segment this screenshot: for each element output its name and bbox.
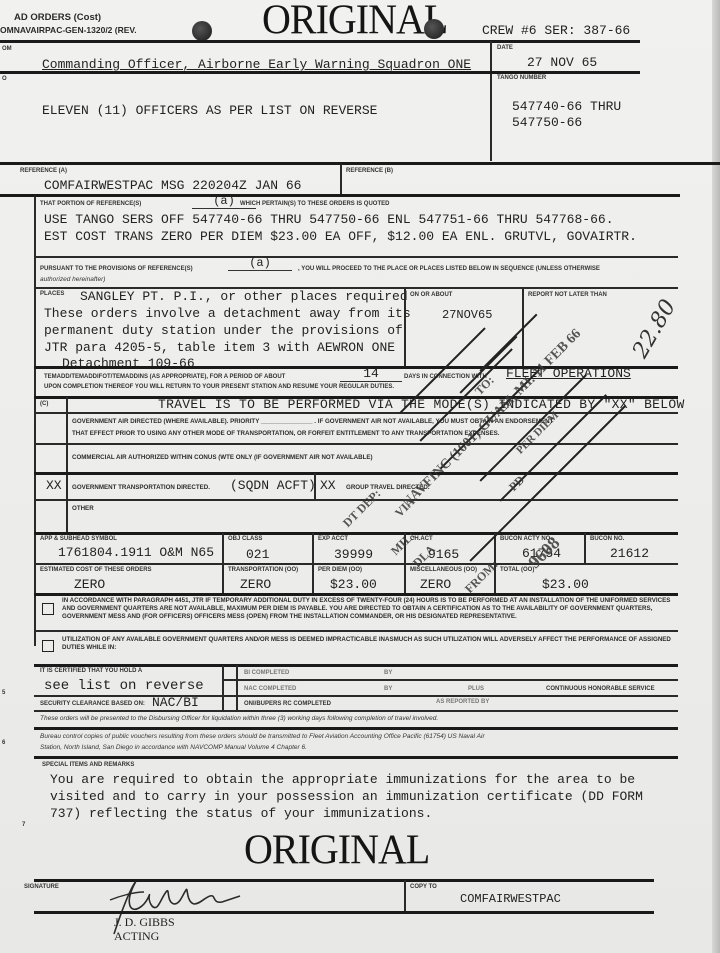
plus-label: PLUS [468,686,484,692]
group-travel-mark: XX [320,478,336,493]
crew-serial: CREW #6 SER: 387-66 [482,23,630,38]
certified-value: see list on reverse [44,678,204,694]
divider [34,710,678,712]
divider [66,397,68,532]
paper-edge [712,0,720,953]
row-number-5: 5 [2,690,5,696]
divider [34,563,678,565]
pursuant-suffix: , YOU WILL PROCEED TO THE PLACE OR PLACE… [298,266,600,272]
obj-class-value: 021 [246,547,269,562]
divider [222,665,224,710]
temadd-line-2: UPON COMPLETION THEREOF YOU WILL RETURN … [44,384,394,390]
travel-heading: TRAVEL IS TO BE PERFORMED VIA THE MODE(S… [158,397,685,412]
divider [222,679,678,681]
signer-title: ACTING [114,930,159,943]
punch-hole-left [192,21,212,41]
places-line-4: JTR para 4205-5, table item 3 with AEWRO… [44,340,395,355]
divider [34,727,678,730]
nac-by-label: BY [384,686,392,692]
transportation-value: ZERO [240,577,271,592]
punch-hole-right [424,19,444,39]
signer-name: J. D. GIBBS [114,916,175,929]
transportation-label: TRANSPORTATION (oo) [228,567,298,573]
obj-class-label: OBJ CLASS [228,536,262,542]
tango-label: TANGO NUMBER [497,75,546,81]
divider [0,40,640,43]
pursuant-suffix-2: authorized hereinafter) [40,275,105,285]
bureau-note-1: Bureau control copies of public vouchers… [40,732,485,742]
divider [490,41,492,161]
divider [404,288,406,366]
gov-trans-mark: XX [46,478,62,493]
quarters-impracticable-checkbox[interactable] [42,640,54,652]
divider [34,695,678,697]
temadd-days: 14 [340,366,402,382]
remarks-line-3: 737) reflecting the status of your immun… [50,806,432,821]
bucon-no-label: BUCON NO. [590,536,624,542]
travel-row-label: (c) [40,401,48,407]
from-label: OM [2,46,12,52]
total-value: $23.00 [542,577,589,592]
divider [34,472,678,475]
reference-a-label: REFERENCE (a) [20,168,67,174]
from-value: Commanding Officer, Airborne Early Warni… [42,57,471,72]
est-cost-value: ZERO [74,577,105,592]
divider [34,911,654,914]
stamp-line [419,348,512,441]
places-line-2: These orders involve a detachment away f… [44,306,411,321]
certified-label: IT IS CERTIFIED THAT YOU HOLD A [40,668,142,674]
quoted-label-prefix: THAT PORTION OF REFERENCE(S) [40,201,141,207]
per-diem-label: PER DIEM (oo) [318,567,362,573]
stamp-line [479,314,537,372]
form-number: OMNAVAIRPAC-GEN-1320/2 (REV. [0,25,137,35]
date-value: 27 NOV 65 [527,55,597,70]
divider [34,756,678,759]
row-number-7: 7 [22,822,25,828]
clearance-value: NAC/BI [152,695,199,710]
exp-acct-value: 39999 [334,547,373,562]
divider [236,665,238,710]
pursuant-ref: (a) [228,256,292,271]
commercial-air: COMMERCIAL AIR AUTHORIZED WITHIN CONUS (… [72,454,373,462]
left-margin-rule [34,196,36,646]
divider [34,664,678,667]
quoted-line-1: USE TANGO SERS OFF 547740-66 THRU 547750… [44,212,614,227]
pursuant-prefix: PURSUANT TO THE PROVISIONS OF REFERENCE(… [40,266,193,272]
bi-completed-label: BI COMPLETED [244,670,289,676]
to-label: O [2,76,7,82]
original-stamp-top: ORIGINAL [262,0,447,44]
oni-bupers-label: ONI/BUPERS RC COMPLETED [244,701,331,707]
nac-completed-label: NAC COMPLETED [244,686,296,692]
remarks-line-2: visited and to carry in your possession … [50,789,643,804]
places-line-3: permanent duty station under the provisi… [44,323,403,338]
copy-to-label: COPY TO [410,884,437,890]
divider [34,443,678,445]
quarters-certification-checkbox[interactable] [42,603,54,615]
bureau-note-2: Station, North Island, San Diego in acco… [40,743,307,753]
report-label: REPORT NOT LATER THAN [528,292,607,298]
bi-by-label: BY [384,670,392,676]
date-label: DATE [497,45,513,51]
places-label: PLACES [40,291,64,297]
quarters-para-2: UTILIZATION OF ANY AVAILABLE GOVERNMENT … [62,636,676,652]
misc-value: ZERO [420,577,451,592]
divider [34,412,678,414]
on-or-about-label: ON OR ABOUT [410,292,452,298]
divider [314,473,316,499]
divider [34,499,678,501]
temadd-prefix: TEMADD/TEMADDIFOT/TEMADDINS (as appropri… [44,374,285,380]
total-label: TOTAL (oo) [500,567,534,573]
divider [34,593,678,596]
est-cost-label: ESTIMATED COST OF THESE ORDERS [40,567,152,573]
to-value: ELEVEN (11) OFFICERS AS PER LIST ON REVE… [42,103,377,118]
reference-b-label: REFERENCE (b) [346,168,393,174]
divider [0,71,640,74]
quoted-line-2: EST COST TRANS ZERO PER DIEM $23.00 EA O… [44,229,637,244]
signature-label: SIGNATURE [24,884,59,890]
reference-a-value: COMFAIRWESTPAC MSG 220204Z JAN 66 [44,178,301,193]
quarters-para-1: IN ACCORDANCE WITH PARAGRAPH 4451, JTR I… [62,597,676,621]
divider [34,630,678,632]
divider [404,880,406,911]
app-label: APP & SUBHEAD SYMBOL [40,536,117,542]
divider [0,162,720,165]
exp-acct-label: EXP ACCT [318,536,348,542]
gov-trans-label: GOVERNMENT TRANSPORTATION DIRECTED. [72,484,210,492]
row-number-6: 6 [2,740,5,746]
remarks-label: SPECIAL ITEMS AND REMARKS [42,762,134,768]
divider [584,533,586,563]
stamp-per-diem: PER DIEM [514,409,561,456]
copy-to-value: COMFAIRWESTPAC [460,892,561,906]
disbursing-note: These orders will be presented to the Di… [40,714,438,724]
continuous-service-label: CONTINUOUS HONORABLE SERVICE [546,686,655,692]
tango-line-2: 547750-66 [512,115,582,130]
divider [34,532,678,535]
divider [34,256,678,258]
remarks-line-1: You are required to obtain the appropria… [50,772,635,787]
per-diem-value: $23.00 [330,577,377,592]
handwritten-amount: 22.80 [628,295,681,362]
quoted-label-suffix: WHICH PERTAIN(S) TO THESE ORDERS IS QUOT… [240,201,389,207]
on-or-about-value: 27NOV65 [442,308,492,322]
divider [340,164,342,194]
original-stamp-bottom: ORIGINAL [244,825,429,874]
gov-air-line-2: THAT EFFECT PRIOR TO USING ANY OTHER MOD… [72,430,500,438]
reported-by-label: AS REPORTED BY [436,699,489,705]
clearance-label: SECURITY CLEARANCE BASED ON: [40,701,145,707]
tango-line-1: 547740-66 THRU [512,99,621,114]
form-title: AD ORDERS (Cost) [14,12,101,23]
gov-trans-value: (SQDN ACFT) [230,478,316,493]
places-line-1: SANGLEY PT. P.I., or other places requir… [80,289,408,304]
travel-orders-document: AD ORDERS (Cost) OMNAVAIRPAC-GEN-1320/2 … [0,0,720,953]
stamp-dt-dep: DT DEP: [340,486,384,530]
other-label: OTHER [72,505,94,513]
bucon-no-value: 21612 [610,546,649,561]
app-value: 1761804.1911 O&M N65 [58,545,214,560]
divider [0,194,680,197]
